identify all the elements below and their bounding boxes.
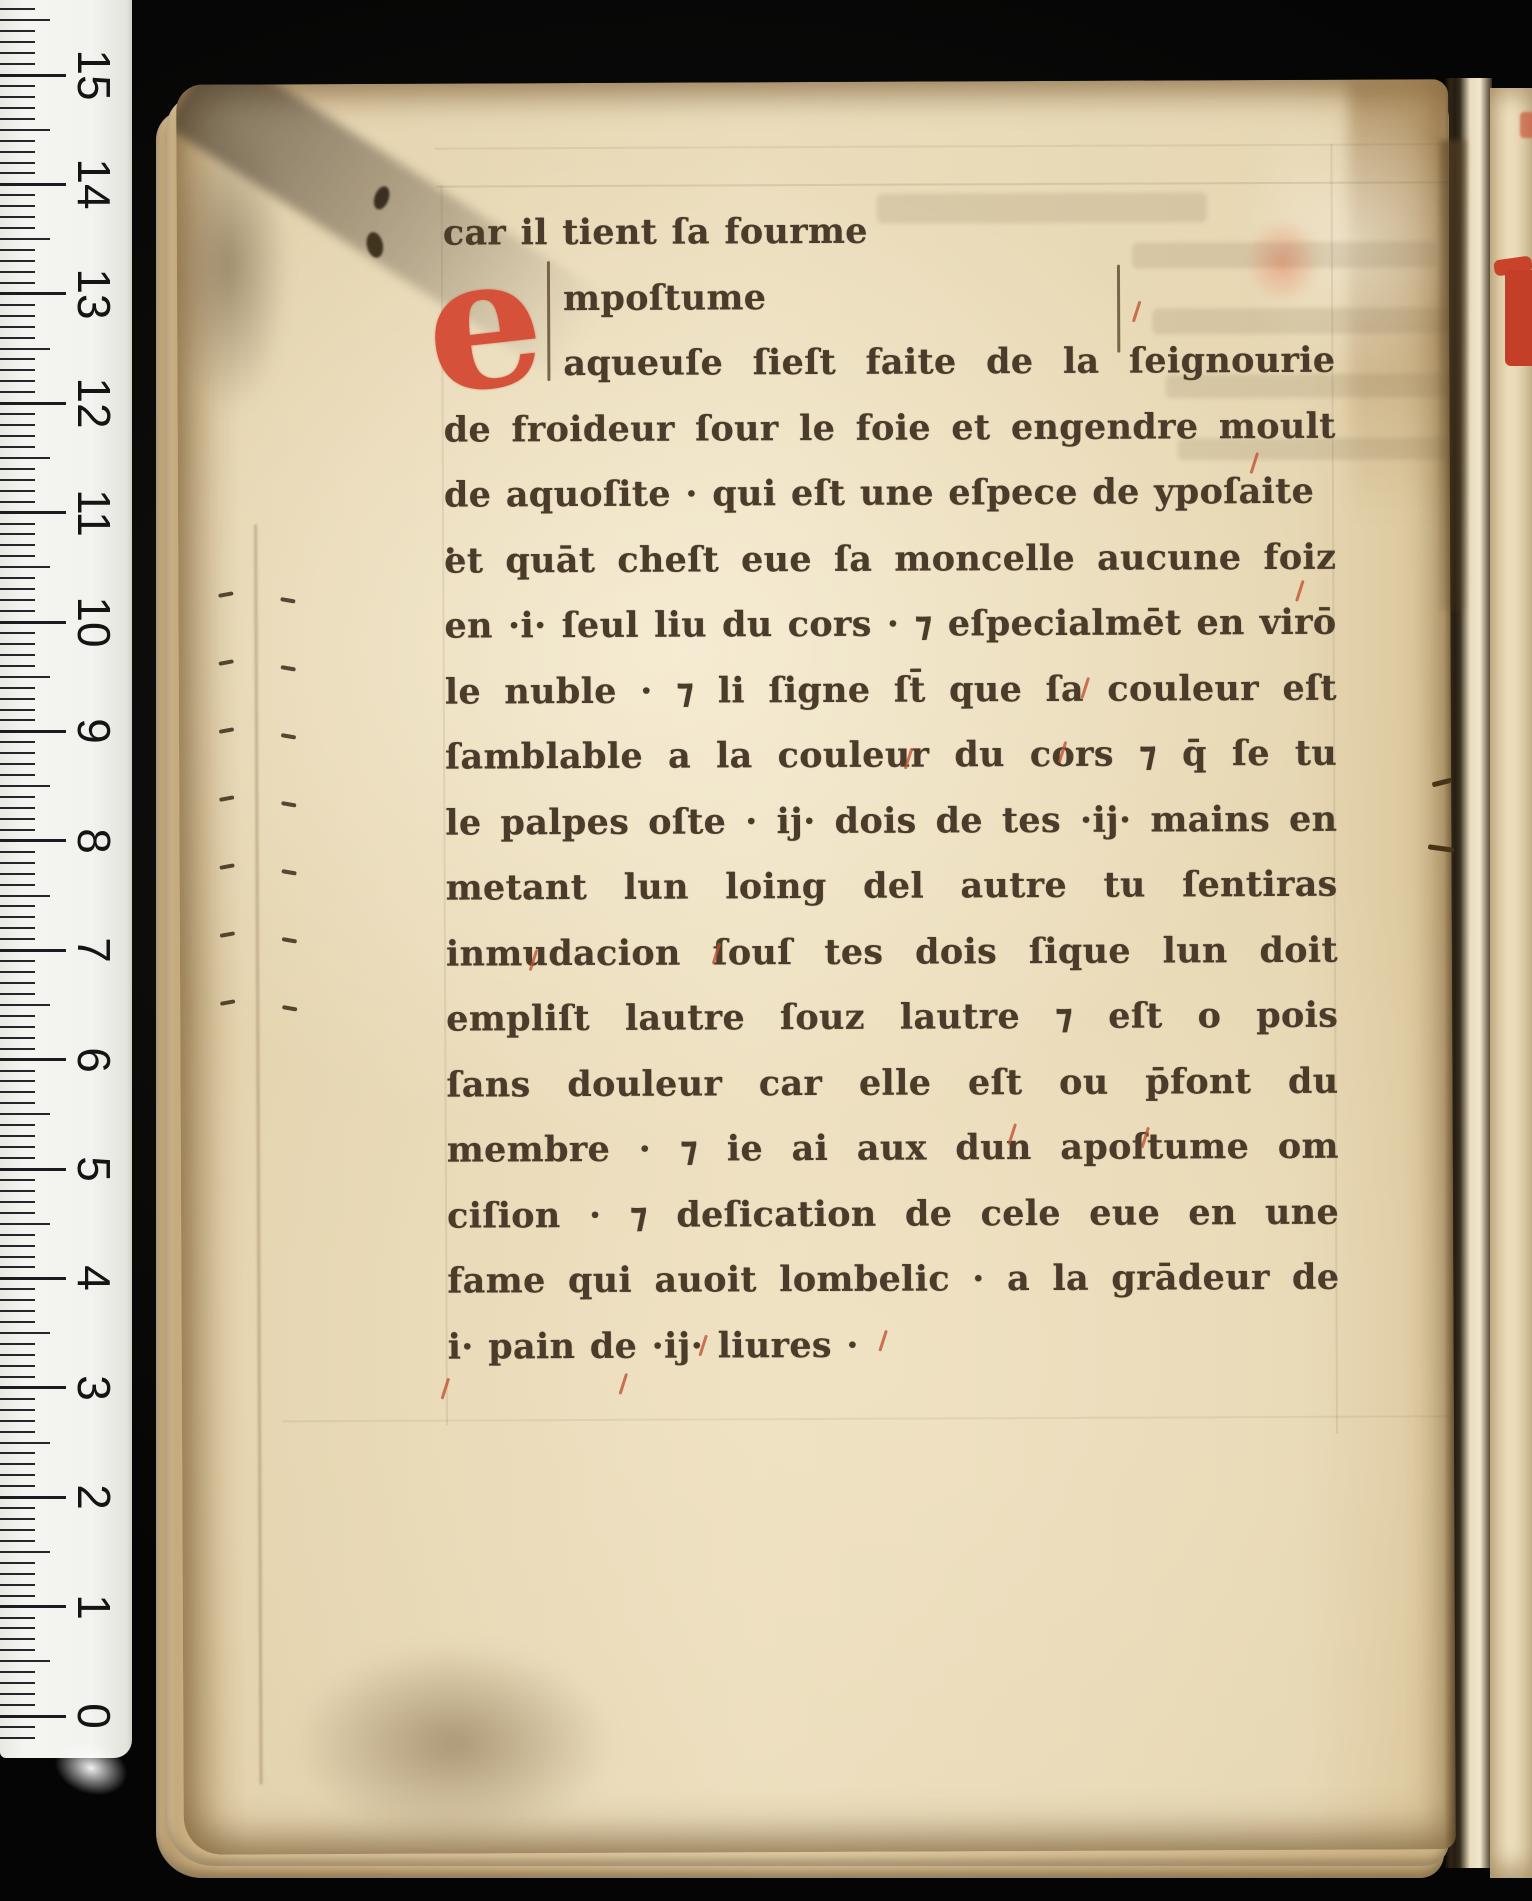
manuscript-page: e car il tient ſa fourmempoſtumeaqueuſe …	[176, 79, 1456, 1855]
ruler-tick	[0, 1266, 35, 1268]
ruler-tick	[0, 1321, 35, 1323]
ruler-tick	[0, 282, 35, 284]
ruler-tick	[0, 1573, 35, 1575]
stitch-mark	[219, 863, 234, 870]
ruler-tick	[0, 63, 35, 65]
ruler-tick	[0, 1058, 66, 1061]
ruler-tick	[0, 1726, 35, 1728]
manuscript-photo: 0123456789101112131415 e car il tient ſa…	[0, 0, 1532, 1901]
ruler-tick	[0, 1070, 35, 1072]
ruler-tick	[0, 1146, 35, 1148]
ruler-tick	[0, 1288, 35, 1290]
ruler-tick	[0, 752, 35, 754]
ruler-tick	[0, 698, 35, 700]
ruler-tick	[0, 205, 35, 207]
ruler-tick	[0, 402, 66, 405]
ruler-tick	[0, 446, 35, 448]
ruler-tick	[0, 1201, 35, 1203]
ruler-tick	[0, 1584, 35, 1586]
ruler-tick	[0, 1256, 35, 1258]
ruler-tick	[0, 1015, 35, 1017]
manuscript-line: fame qui auoit lombelic · a la grādeur d…	[447, 1250, 1339, 1319]
ruler-tick	[0, 1474, 35, 1476]
ruler-tick	[0, 1102, 35, 1104]
ruler-tick	[0, 337, 35, 339]
stitch-mark	[218, 591, 233, 598]
ruler-tick	[0, 1671, 35, 1673]
ruler-tick	[0, 829, 35, 831]
stitch-mark	[280, 597, 295, 603]
ruler-tick	[0, 227, 35, 229]
ruler-tick	[0, 1693, 35, 1695]
ruler-tick	[0, 151, 35, 153]
ruler-tick	[0, 523, 35, 525]
ruler-number: 4	[64, 1248, 124, 1308]
ruler-tick	[0, 709, 35, 711]
ruler-tick	[0, 621, 66, 624]
manuscript-line: ſamblable a la couleur du cors ⁊ q̄ ſe t…	[445, 726, 1337, 795]
ruler-tick	[0, 1605, 66, 1608]
ruler-tick	[0, 457, 50, 459]
ruler-tick	[0, 1376, 35, 1378]
ruler-number: 0	[64, 1686, 124, 1746]
ruler-tick	[0, 1627, 35, 1629]
text-block: car il tient ſa fourmempoſtumeaqueuſe ſi…	[443, 202, 1340, 1385]
ruler-tick	[0, 140, 35, 142]
ruler-tick	[0, 41, 35, 43]
manuscript-line: ciſion · ⁊ deſication de cele eue en une	[447, 1184, 1339, 1253]
ruler-tick	[0, 1245, 35, 1247]
ruler-tick	[0, 1354, 35, 1356]
stitch-mark	[220, 999, 235, 1006]
ruler-tick	[0, 1617, 35, 1619]
ruler-tick	[0, 1518, 35, 1520]
ruler-tick	[0, 1048, 35, 1050]
ruler-tick	[0, 1168, 66, 1171]
page-crease	[254, 524, 262, 1784]
ruler-tick	[0, 1409, 35, 1411]
ruler-tick	[0, 763, 35, 765]
ruling-line	[282, 1415, 1456, 1422]
ruler-tick	[0, 315, 35, 317]
ruler-tick	[0, 490, 35, 492]
ruler-tick	[0, 1551, 50, 1553]
ruler-tick	[0, 52, 35, 54]
ruler-tick	[0, 632, 35, 634]
manuscript-line: aqueuſe ſieſt faite de la ſeignourie	[443, 333, 1335, 402]
ruler-tick	[0, 479, 35, 481]
ruler-tick	[0, 1365, 35, 1367]
ruler-tick	[0, 1332, 50, 1334]
ruler-tick	[0, 30, 35, 32]
stitch-mark	[282, 937, 297, 943]
ruler-tick	[0, 839, 66, 842]
ruler: 0123456789101112131415	[0, 0, 132, 1758]
ruler-tick	[0, 1386, 66, 1389]
ruler-tick	[0, 862, 35, 864]
ruler-tick	[0, 468, 35, 470]
ruler-tick	[0, 1420, 35, 1422]
ink-speck	[371, 184, 392, 211]
ink-speck	[364, 231, 385, 260]
ruler-tick	[0, 1343, 35, 1345]
ruler-number: 8	[64, 811, 124, 871]
stitch-mark	[282, 1005, 297, 1011]
ruler-number: 7	[64, 920, 124, 980]
ruler-tick	[0, 1179, 35, 1181]
ruler-tick	[0, 1496, 66, 1499]
ruler-tick	[0, 719, 35, 721]
ruler-tick	[0, 1113, 50, 1115]
ruler-tick	[0, 216, 35, 218]
ruler-tick	[0, 1682, 35, 1684]
ruler-tick	[0, 676, 50, 678]
ruler-number: 10	[64, 592, 124, 652]
ruler-tick	[0, 194, 35, 196]
ruler-tick	[0, 1157, 35, 1159]
ruler-tick	[0, 687, 35, 689]
ruler-tick	[0, 118, 35, 120]
stain	[293, 1643, 614, 1844]
manuscript-line: le palpes oſte · ij· dois de tes ·ij· ma…	[445, 791, 1337, 860]
ruler-tick	[0, 172, 35, 174]
ruler-tick	[0, 982, 35, 984]
ruler-tick	[0, 19, 50, 21]
ruler-tick	[0, 873, 35, 875]
ruler-tick	[0, 74, 66, 77]
manuscript-line: empliſt lautre ſouz lautre ⁊ eſt o pois	[446, 988, 1338, 1057]
ruling-line	[434, 143, 1455, 150]
ruler-tick	[0, 884, 35, 886]
ruler-tick	[0, 260, 35, 262]
ruler-tick	[0, 8, 35, 10]
ruler-tick	[0, 938, 35, 940]
ruler-tick	[0, 1595, 35, 1597]
ruler-tick	[0, 916, 35, 918]
ruler-number: 13	[64, 264, 124, 324]
ruler-tick	[0, 807, 35, 809]
ruler-tick	[0, 304, 35, 306]
ruler-tick	[0, 107, 35, 109]
ruler-tick	[0, 1485, 35, 1487]
manuscript-line: le nuble · ⁊ li ſigne ſt̄ que ſa couleur…	[445, 660, 1337, 729]
ruler-number: 6	[64, 1030, 124, 1090]
ruler-tick	[0, 1442, 50, 1444]
ruler-tick	[0, 1562, 35, 1564]
red-initial-fragment	[1505, 270, 1532, 366]
ruler-tick	[0, 971, 35, 973]
ruler-tick	[0, 1124, 35, 1126]
stitch-mark	[281, 733, 296, 739]
stitch-mark	[281, 869, 296, 875]
ruler-tick	[0, 544, 35, 546]
ruler-tick	[0, 424, 35, 426]
ruler-tick	[0, 1190, 35, 1192]
ruler-tick	[0, 1737, 35, 1739]
ruler-tick	[0, 1540, 35, 1542]
ruler-tick	[0, 1715, 66, 1718]
ruler-number: 9	[64, 701, 124, 761]
stitch-mark	[219, 727, 234, 734]
ruler-tick	[0, 511, 66, 514]
ruler-tick	[0, 1529, 35, 1531]
ruler-tick	[0, 665, 35, 667]
ruler-number: 2	[64, 1467, 124, 1527]
ruler-tick	[0, 501, 35, 503]
ruler-tick	[0, 949, 66, 952]
ruler-tick	[0, 348, 50, 350]
manuscript-line: ſans douleur car elle eſt ou p̄font du	[446, 1053, 1338, 1122]
manuscript-line: membre · ⁊ ie ai aux dun apoſtume om	[447, 1119, 1339, 1188]
ruler-tick	[0, 566, 50, 568]
ruler-tick	[0, 292, 66, 295]
ruler-tick	[0, 785, 50, 787]
facing-page-edge	[1490, 88, 1532, 1878]
ruler-tick	[0, 1234, 35, 1236]
ruler-tick	[0, 1223, 50, 1225]
ruler-tick	[0, 1463, 35, 1465]
stitch-mark	[220, 931, 235, 938]
ruler-tick	[0, 238, 50, 240]
ruler-tick	[0, 895, 50, 897]
ruler-tick	[0, 249, 35, 251]
ruler-tick	[0, 599, 35, 601]
ruler-tick	[0, 129, 50, 131]
ruler-tick	[0, 85, 35, 87]
gutter-stain	[1440, 140, 1466, 610]
manuscript-line: de froideur ſour le foie et engendre mou…	[444, 398, 1336, 467]
ruler-tick	[0, 1649, 35, 1651]
ruler-tick	[0, 741, 35, 743]
red-initial-fragment	[1520, 112, 1532, 138]
ruler-tick	[0, 380, 35, 382]
ruler-tick	[0, 326, 35, 328]
ruler-number: 1	[64, 1577, 124, 1637]
manuscript-line: en ·i· ſeul liu du cors · ⁊ eſpecialmēt …	[444, 595, 1336, 664]
ruling-line	[437, 181, 1456, 188]
manuscript-line: et quāt cheſt eue ſa moncelle aucune foi…	[444, 529, 1336, 598]
ruler-tick	[0, 1431, 35, 1433]
ruler-tick	[0, 1507, 35, 1509]
ruler-tick	[0, 413, 35, 415]
ruler-number: 3	[64, 1358, 124, 1418]
stitch-mark	[280, 665, 295, 671]
ruler-tick	[0, 905, 35, 907]
manuscript-line: i· pain de ·ij· liures ·	[448, 1315, 1340, 1384]
ruler-tick	[0, 1277, 66, 1280]
stitch-mark	[219, 795, 234, 802]
ruler-tick	[0, 162, 35, 164]
ruler-tick	[0, 391, 35, 393]
ruler-tick	[0, 654, 35, 656]
ruler-tick	[0, 610, 35, 612]
ruler-tick	[0, 1212, 35, 1214]
stitch-mark	[218, 659, 233, 666]
ruler-tick	[0, 993, 35, 995]
manuscript-line: car il tient ſa fourme	[443, 202, 1335, 271]
ruler-tick	[0, 1704, 35, 1706]
ruler-tick	[0, 271, 35, 273]
manuscript-line: metant lun loing del autre tu ſentiras	[446, 857, 1338, 926]
ruler-tick	[0, 358, 35, 360]
ruler-tick	[0, 369, 35, 371]
ruler-number: 15	[64, 45, 124, 105]
ruler-tick	[0, 588, 35, 590]
stain	[176, 114, 289, 415]
ruler-tick	[0, 1299, 35, 1301]
ruler-tick	[0, 818, 35, 820]
ruler-tick	[0, 643, 35, 645]
ruler-tick	[0, 1080, 35, 1082]
ruler-tick	[0, 1398, 35, 1400]
ruler-number: 12	[64, 373, 124, 433]
ruler-tick	[0, 730, 66, 733]
manuscript-line: de aquoſite · qui eſt une eſpece de ypoſ…	[444, 464, 1336, 533]
ruler-tick	[0, 796, 35, 798]
ruler-tick	[0, 851, 35, 853]
ruler-number: 14	[64, 154, 124, 214]
ruler-number: 5	[64, 1139, 124, 1199]
ruler-tick	[0, 960, 35, 962]
ruler-tick	[0, 96, 35, 98]
ruler-tick	[0, 1638, 35, 1640]
ruler-tick	[0, 774, 35, 776]
manuscript-line: inmudacion ſouſ tes dois ſique lun doit	[446, 922, 1338, 991]
ruler-tick	[0, 1091, 35, 1093]
ruler-tick	[0, 1135, 35, 1137]
manuscript-line: mpoſtume	[443, 267, 1335, 336]
ruler-tick	[0, 1452, 35, 1454]
ruler-tick	[0, 435, 35, 437]
ruler-tick	[0, 577, 35, 579]
ruler-tick	[0, 1004, 50, 1006]
ruler-tick	[0, 183, 66, 186]
ruler-tick	[0, 1026, 35, 1028]
ruler-tick	[0, 533, 35, 535]
ruler-tick	[0, 1660, 50, 1662]
ruler-tick	[0, 555, 35, 557]
ruler-tick	[0, 1310, 35, 1312]
stitch-mark	[281, 801, 296, 807]
ruler-tick	[0, 927, 35, 929]
ruler-tick	[0, 1037, 35, 1039]
ruler-number: 11	[64, 483, 124, 543]
